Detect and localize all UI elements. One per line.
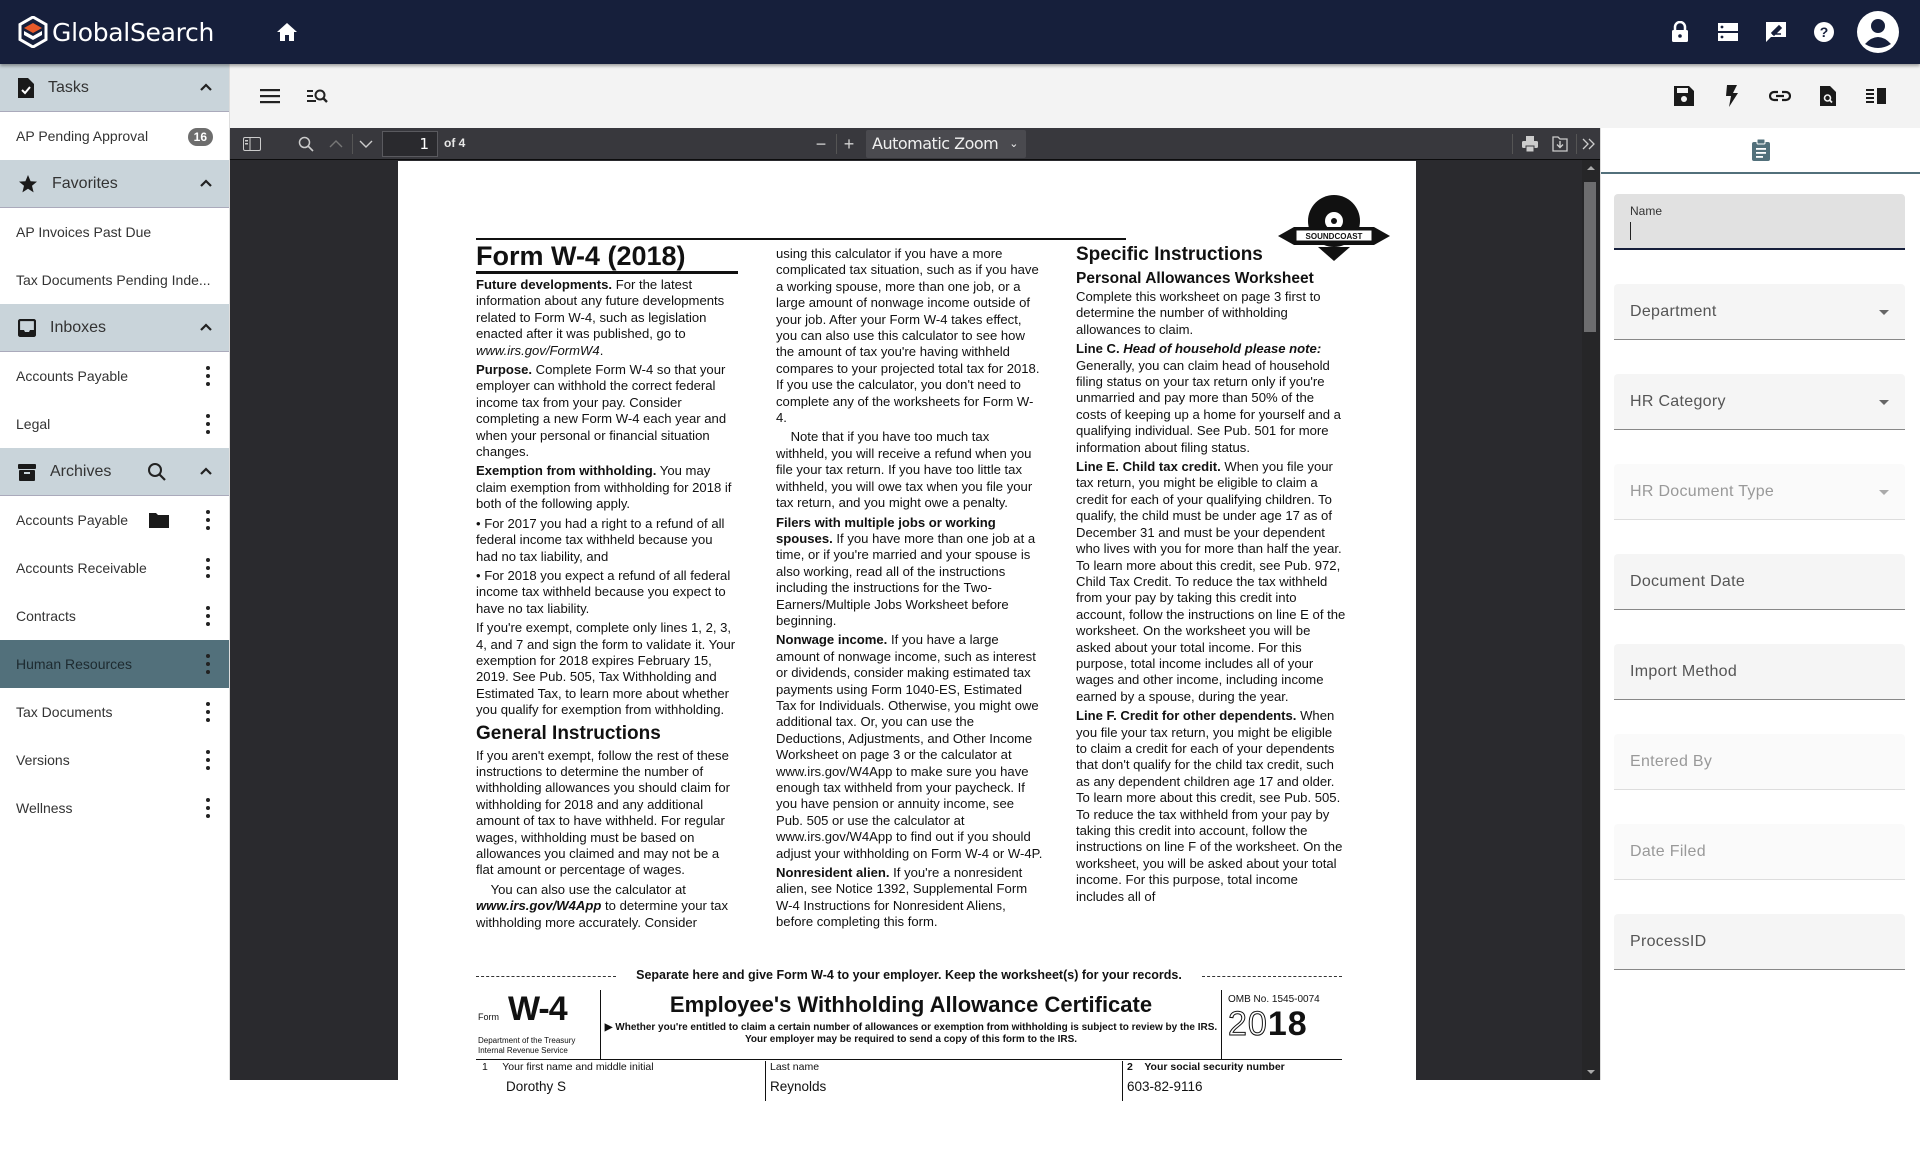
document-column-3: Specific Instructions Personal Allowance…: [1076, 241, 1346, 908]
w4-certificate-header: Form W-4 Department of the Treasury Inte…: [476, 990, 1342, 1060]
sidebar-section-inboxes[interactable]: Inboxes: [0, 304, 229, 352]
more-vert-icon[interactable]: [205, 606, 211, 626]
document-search-button[interactable]: [1804, 72, 1852, 120]
more-vert-icon[interactable]: [205, 366, 211, 386]
scrollbar-thumb[interactable]: [1584, 182, 1596, 332]
index-fields-panel: Name Department HR Category HR Document …: [1600, 128, 1920, 1080]
field-label: HR Category: [1630, 393, 1726, 411]
pdf-page: SOUNDCOAST Form W-4 (2018) Future develo…: [398, 161, 1416, 1080]
hr-category-select[interactable]: HR Category: [1614, 374, 1905, 430]
entered-by-field[interactable]: Entered By: [1614, 734, 1905, 790]
sidebar-item-archive-accounts-receivable[interactable]: Accounts Receivable: [0, 544, 229, 592]
tools-button[interactable]: [1578, 130, 1600, 158]
name-field[interactable]: Name: [1614, 194, 1905, 250]
account-icon: [1856, 10, 1900, 54]
form-separator: Separate here and give Form W-4 to your …: [476, 968, 1342, 982]
lock-button[interactable]: [1656, 8, 1704, 56]
subsection-heading: Personal Allowances Worksheet: [1076, 269, 1346, 289]
clipboard-icon: [1752, 139, 1770, 161]
tab-index-fields[interactable]: [1601, 128, 1920, 174]
zoom-in-button[interactable]: +: [836, 130, 862, 158]
scroll-up-arrow[interactable]: [1587, 166, 1595, 170]
dropdown-arrow-icon: [1879, 490, 1889, 495]
section-title: Favorites: [52, 175, 118, 193]
sidebar-item-archive-wellness[interactable]: Wellness: [0, 784, 229, 832]
sidebar-section-favorites[interactable]: Favorites: [0, 160, 229, 208]
sidebar-item-archive-tax-documents[interactable]: Tax Documents: [0, 688, 229, 736]
sidebar-item-label: Human Resources: [16, 656, 132, 672]
menu-icon: [260, 88, 280, 104]
sidebar-item-ap-invoices-past-due[interactable]: AP Invoices Past Due: [0, 208, 229, 256]
print-icon: [1522, 136, 1538, 152]
download-button[interactable]: [1546, 130, 1574, 158]
text-cursor: [1630, 222, 1631, 240]
svg-text:?: ?: [1820, 24, 1829, 40]
department-select[interactable]: Department: [1614, 284, 1905, 340]
inbox-icon: [18, 319, 36, 337]
help-icon: ?: [1813, 21, 1835, 43]
scroll-down-arrow[interactable]: [1587, 1070, 1595, 1074]
account-avatar[interactable]: [1856, 10, 1900, 54]
server-icon: [1718, 22, 1738, 42]
sidebar-item-archive-contracts[interactable]: Contracts: [0, 592, 229, 640]
sidebar-item-label: Tax Documents: [16, 704, 112, 720]
sidebar-item-label: Accounts Receivable: [16, 560, 147, 576]
document-title: Form W-4 (2018): [476, 241, 738, 271]
home-button[interactable]: [276, 22, 298, 42]
globalsearch-logo-icon: [18, 16, 48, 48]
more-vert-icon[interactable]: [205, 414, 211, 434]
minus-icon: −: [816, 134, 827, 155]
sidebar-section-tasks[interactable]: Tasks: [0, 64, 229, 112]
plus-icon: +: [844, 134, 855, 155]
sidebar-toggle-button[interactable]: [238, 130, 266, 158]
zoom-select-value: Automatic Zoom: [872, 134, 998, 153]
panel-toggle-button[interactable]: [1852, 72, 1900, 120]
app-name: GlobalSearch: [52, 18, 214, 47]
certificate-title: Employee's Withholding Allowance Certifi…: [601, 992, 1221, 1018]
more-vert-icon[interactable]: [205, 654, 211, 674]
hr-document-type-select[interactable]: HR Document Type: [1614, 464, 1905, 520]
process-id-field[interactable]: ProcessID: [1614, 914, 1905, 970]
chevron-up-icon[interactable]: [199, 464, 213, 478]
chevron-down-icon: ⌄: [1009, 130, 1018, 158]
more-vert-icon[interactable]: [205, 558, 211, 578]
search-icon: [298, 136, 314, 152]
sidebar: Tasks AP Pending Approval 16 Favorites A…: [0, 64, 230, 1080]
sidebar-item-archive-accounts-payable[interactable]: Accounts Payable: [0, 496, 229, 544]
double-chevron-right-icon: [1582, 138, 1596, 150]
section-title: Inboxes: [50, 319, 106, 337]
chevron-down-icon: [359, 139, 373, 149]
menu-button[interactable]: [246, 72, 294, 120]
document-column-1: Form W-4 (2018) Future developments. For…: [476, 241, 738, 934]
search-icon[interactable]: [147, 462, 167, 482]
lock-icon: [1671, 21, 1689, 43]
sidebar-item-tax-documents-pending[interactable]: Tax Documents Pending Inde...: [0, 256, 229, 304]
field-label: Department: [1630, 303, 1717, 321]
save-icon: [1674, 86, 1694, 106]
document-search-icon: [1820, 86, 1836, 106]
lightning-icon: [1725, 85, 1739, 107]
field-label: Document Date: [1630, 573, 1745, 591]
zoom-select[interactable]: Automatic Zoom ⌄: [866, 130, 1026, 158]
sidebar-item-archive-versions[interactable]: Versions: [0, 736, 229, 784]
find-button[interactable]: [292, 130, 320, 158]
feedback-button[interactable]: [1752, 8, 1800, 56]
sidebar-item-inbox-accounts-payable[interactable]: Accounts Payable: [0, 352, 229, 400]
download-icon: [1552, 136, 1568, 152]
feedback-icon: [1765, 21, 1787, 43]
sidebar-item-inbox-legal[interactable]: Legal: [0, 400, 229, 448]
chevron-up-icon: [329, 139, 343, 149]
app-header: GlobalSearch ?: [0, 0, 1920, 64]
sidebar-section-archives[interactable]: Archives: [0, 448, 229, 496]
chevron-up-icon[interactable]: [199, 80, 213, 94]
import-method-field[interactable]: Import Method: [1614, 644, 1905, 700]
save-button[interactable]: [1660, 72, 1708, 120]
sidebar-item-label: Accounts Payable: [16, 368, 128, 384]
pdf-toolbar: 1 of 4 − + Automatic Zoom ⌄: [230, 128, 1600, 160]
chevron-up-icon[interactable]: [199, 320, 213, 334]
sidebar-item-label: AP Pending Approval: [16, 128, 148, 144]
panel-toggle-icon: [1866, 88, 1886, 104]
folder-icon: [149, 512, 169, 528]
dropdown-arrow-icon: [1879, 310, 1889, 315]
svg-text:SOUNDCOAST: SOUNDCOAST: [1306, 232, 1363, 241]
document-column-2: using this calculator if you have a more…: [776, 246, 1044, 934]
sidebar-item-label: Accounts Payable: [16, 512, 128, 528]
more-vert-icon[interactable]: [205, 798, 211, 818]
document-date-field[interactable]: Document Date: [1614, 554, 1905, 610]
app-logo[interactable]: GlobalSearch: [18, 16, 214, 48]
document-toolbar: [230, 64, 1920, 128]
chevron-up-icon[interactable]: [199, 176, 213, 190]
previous-page-button[interactable]: [322, 130, 350, 158]
home-icon: [276, 22, 298, 42]
section-heading: Specific Instructions: [1076, 243, 1346, 267]
archive-icon: [18, 463, 36, 481]
more-vert-icon[interactable]: [205, 702, 211, 722]
field-label: Date Filed: [1630, 843, 1706, 861]
section-heading: General Instructions: [476, 722, 738, 746]
page-number-input[interactable]: 1: [382, 131, 438, 157]
quick-action-button[interactable]: [1708, 72, 1756, 120]
sidebar-item-ap-pending-approval[interactable]: AP Pending Approval 16: [0, 112, 229, 160]
help-button[interactable]: ?: [1800, 8, 1848, 56]
sidebar-toggle-icon: [243, 137, 261, 151]
sidebar-item-label: Wellness: [16, 800, 73, 816]
field-label: ProcessID: [1630, 933, 1707, 951]
server-button[interactable]: [1704, 8, 1752, 56]
field-label: Import Method: [1630, 663, 1737, 681]
sidebar-item-label: Contracts: [16, 608, 76, 624]
sidebar-item-label: Tax Documents Pending Inde...: [16, 272, 211, 288]
dropdown-arrow-icon: [1879, 400, 1889, 405]
sidebar-item-archive-human-resources[interactable]: Human Resources: [0, 640, 229, 688]
link-icon: [1769, 90, 1791, 102]
more-vert-icon[interactable]: [205, 510, 211, 530]
more-vert-icon[interactable]: [205, 750, 211, 770]
field-label: Name: [1630, 204, 1662, 218]
section-title: Archives: [50, 463, 111, 481]
count-badge: 16: [188, 128, 213, 146]
search-list-button[interactable]: [294, 72, 342, 120]
page-count-label: of 4: [444, 136, 465, 150]
field-label: HR Document Type: [1630, 483, 1774, 501]
date-filed-field[interactable]: Date Filed: [1614, 824, 1905, 880]
field-label: Entered By: [1630, 753, 1712, 771]
search-list-icon: [307, 87, 329, 105]
link-button[interactable]: [1756, 72, 1804, 120]
sidebar-item-label: Legal: [16, 416, 50, 432]
sidebar-item-label: AP Invoices Past Due: [16, 224, 151, 240]
star-icon: [18, 174, 38, 194]
top-rule: [476, 238, 1126, 240]
section-title: Tasks: [48, 79, 89, 97]
zoom-out-button[interactable]: −: [808, 130, 834, 158]
sidebar-item-label: Versions: [16, 752, 70, 768]
task-icon: [18, 78, 34, 98]
next-page-button[interactable]: [352, 130, 380, 158]
print-button[interactable]: [1516, 130, 1544, 158]
pdf-scrollbar[interactable]: [1582, 160, 1600, 1080]
